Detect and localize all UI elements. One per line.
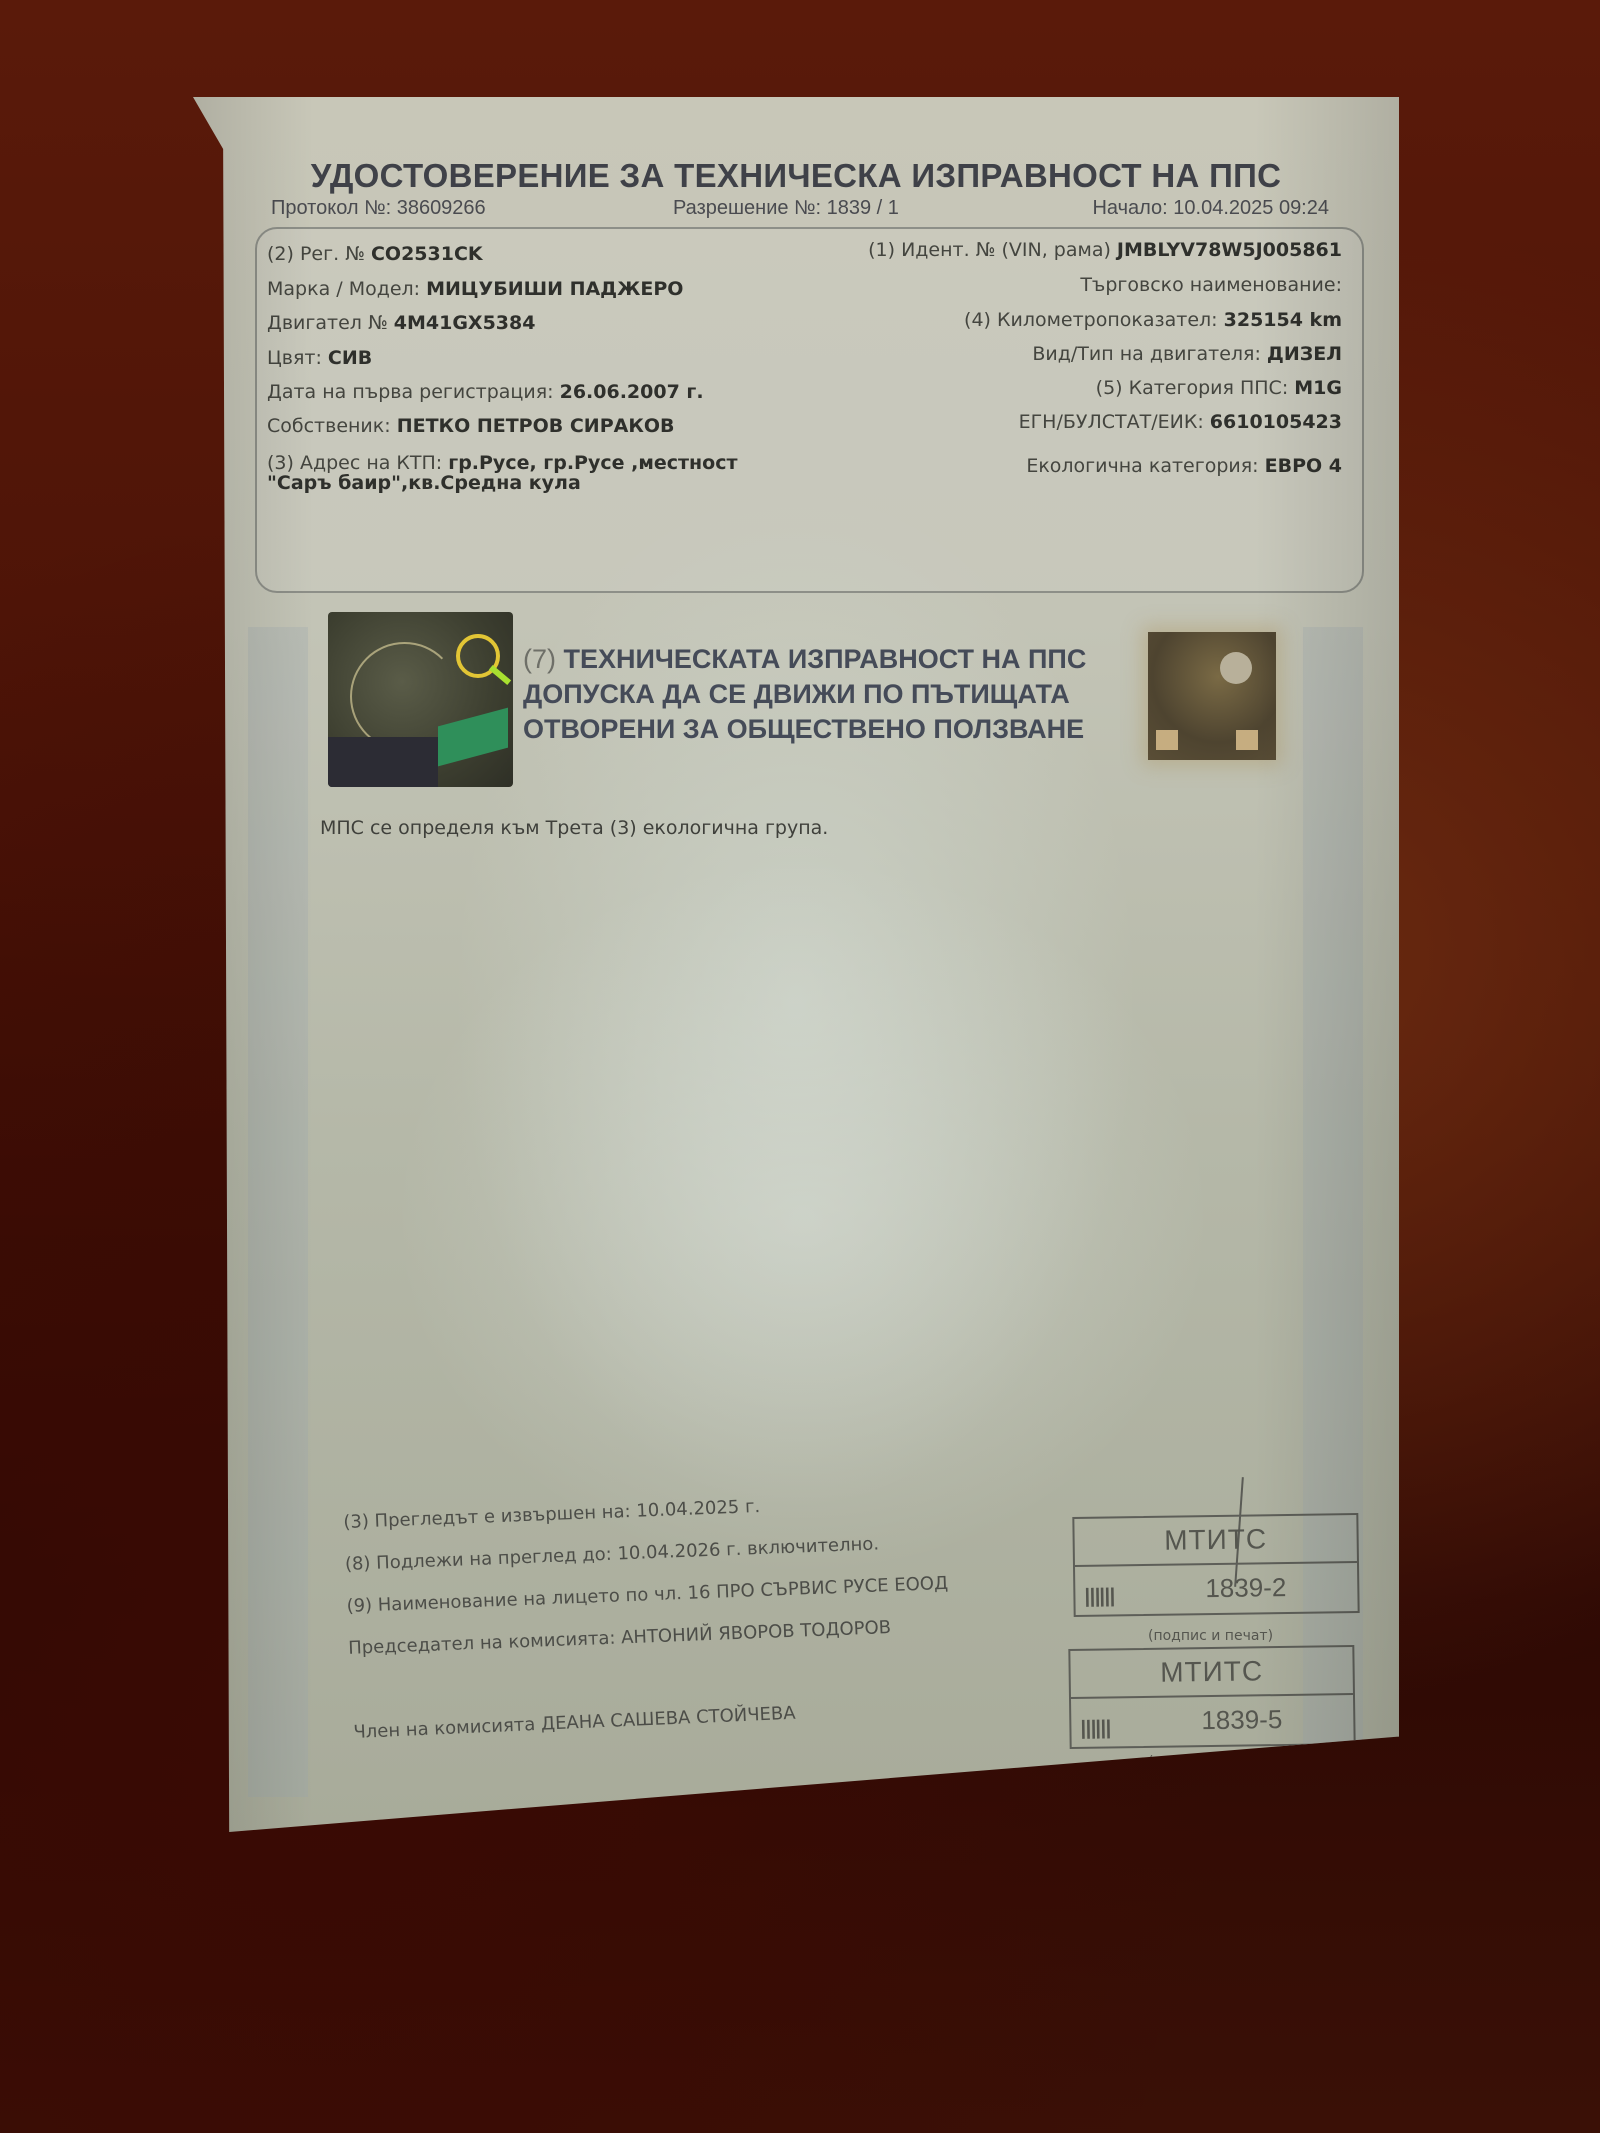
engine-type-row: Вид/Тип на двигателя: ДИЗЕЛ [1032, 343, 1342, 365]
vehicle-details-box: (2) Рег. № CO2531CK Марка / Модел: МИЦУБ… [255, 227, 1364, 593]
reg-number-row: (2) Рег. № CO2531CK [267, 243, 483, 265]
stamp-caption: (подпис и печат) [1148, 1628, 1273, 1644]
inspection-certificate: УДОСТОВЕРЕНИЕ ЗА ТЕХНИЧЕСКА ИЗПРАВНОСТ Н… [193, 97, 1399, 1832]
permit-number: Разрешение №: 1839 / 1 [673, 197, 899, 220]
vehicle-category-row: (5) Категория ППС: M1G [1096, 377, 1342, 399]
address-row: (3) Адрес на КТП: гр.Русе, гр.Русе ,мест… [267, 453, 738, 493]
hologram-magnifier-icon [328, 612, 513, 787]
vin-row: (1) Идент. № (VIN, рама) JMBLYV78W5J0058… [868, 239, 1342, 261]
stamp-caption: (подпис и печат) [1148, 1754, 1273, 1770]
protocol-number: Протокол №: 38609266 [271, 197, 486, 220]
owner-row: Собственик: ПЕТКО ПЕТРОВ СИРАКОВ [267, 415, 675, 437]
document-title: УДОСТОВЕРЕНИЕ ЗА ТЕХНИЧЕСКА ИЗПРАВНОСТ Н… [193, 157, 1399, 195]
stamp-agency: МТИТС [1074, 1515, 1357, 1567]
stamp-agency: МТИТС [1070, 1647, 1353, 1699]
start-datetime: Начало: 10.04.2025 09:24 [1092, 197, 1329, 220]
trade-name-row: Търговско наименование: [1080, 274, 1342, 296]
first-registration-row: Дата на първа регистрация: 26.06.2007 г. [267, 381, 704, 403]
owner-id-row: ЕГН/БУЛСТАТ/ЕИК: 6610105423 [1019, 411, 1342, 433]
stamp-1: МТИТС ⅢⅢ 1839-2 [1072, 1513, 1359, 1617]
stamp-code: 1839-2 [1205, 1564, 1287, 1611]
eco-category-row: Екологична категория: ЕВРО 4 [1026, 455, 1342, 477]
approval-statement: (7) ТЕХНИЧЕСКАТА ИЗПРАВНОСТ НА ППС ДОПУС… [523, 642, 1086, 747]
odometer-row: (4) Километропоказател: 325154 km [964, 309, 1342, 331]
inspection-footer: (3) Прегледът е извършен на: 10.04.2025 … [343, 1484, 1069, 1680]
stamp-code: 1839-5 [1201, 1696, 1283, 1743]
color-row: Цвят: СИВ [267, 347, 372, 369]
watermark-oval [393, 857, 1213, 1577]
stamp-logo-icon: ⅢⅢ [1083, 1574, 1113, 1620]
engine-number-row: Двигател № 4M41GX5384 [267, 312, 535, 334]
make-model-row: Марка / Модел: МИЦУБИШИ ПАДЖЕРО [267, 278, 683, 300]
stamp-2: МТИТС ⅢⅢ 1839-5 [1068, 1645, 1355, 1749]
eco-group-note: МПС се определя към Трета (3) екологична… [320, 817, 828, 839]
stamp-logo-icon: ⅢⅢ [1079, 1706, 1109, 1752]
hologram-seal-icon [1148, 632, 1276, 760]
